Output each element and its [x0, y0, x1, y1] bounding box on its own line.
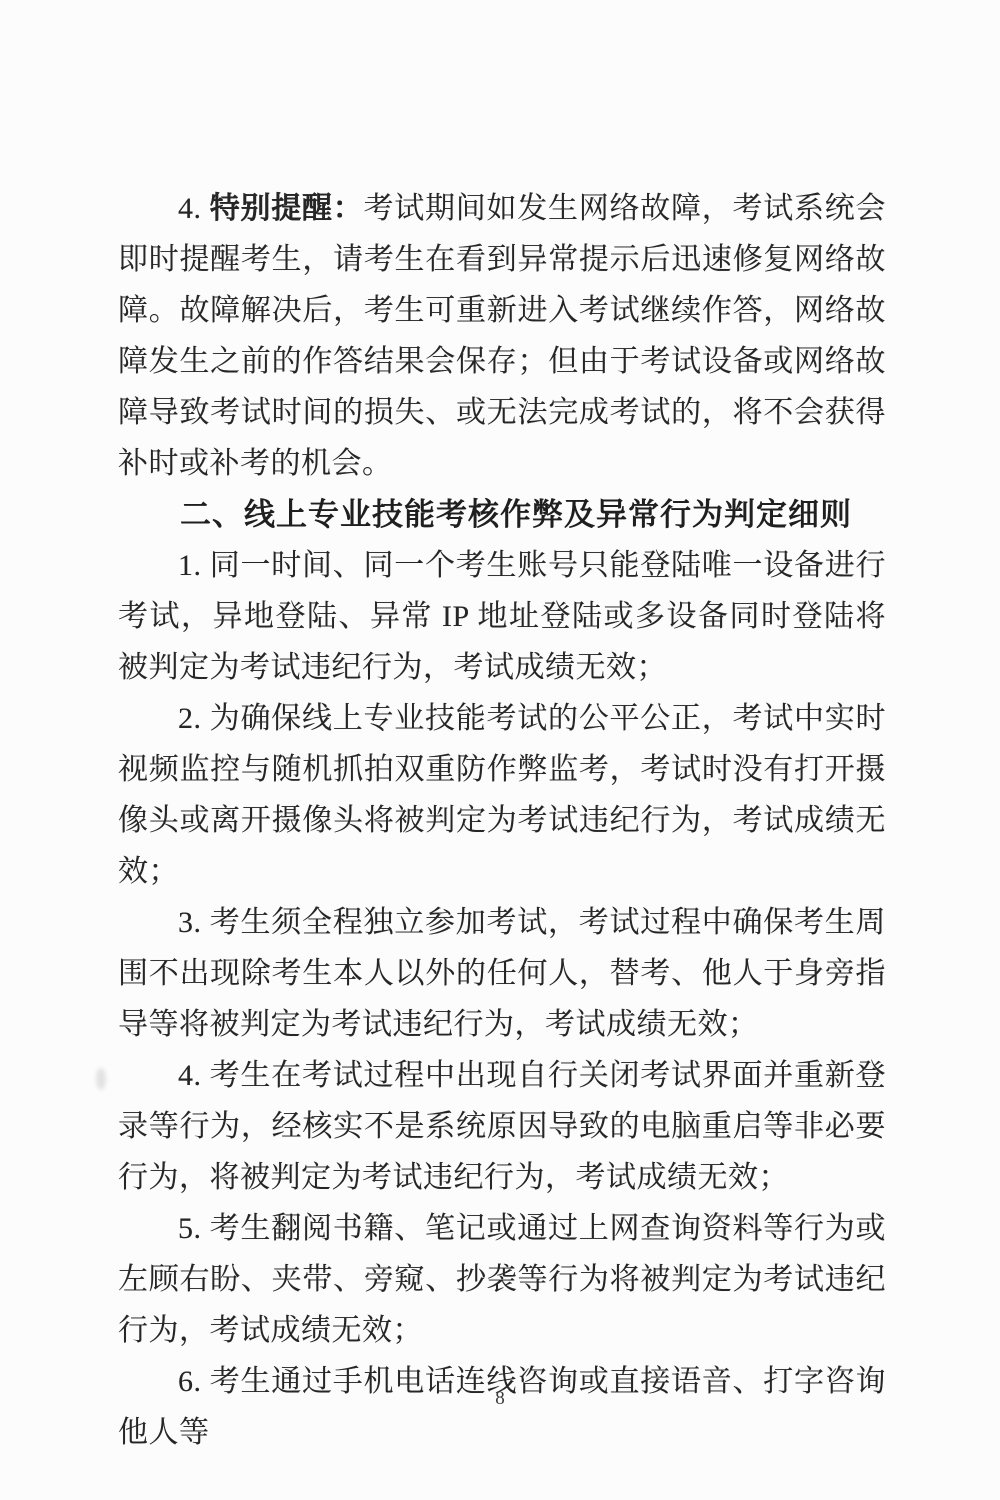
special-notice-text: 考试期间如发生网络故障，考试系统会即时提醒考生，请考生在看到异常提示后迅速修复网… [118, 192, 886, 480]
rule-item-5: 5. 考生翻阅书籍、笔记或通过上网查询资料等行为或左顾右盼、夹带、旁窥、抄袭等行… [118, 1203, 886, 1356]
rule-item-2: 2. 为确保线上专业技能考试的公平公正，考试中实时视频监控与随机抓拍双重防作弊监… [118, 693, 886, 897]
rule-item-3: 3. 考生须全程独立参加考试，考试过程中确保考生周围不出现除考生本人以外的任何人… [118, 897, 886, 1050]
page-number: 8 [0, 1388, 1000, 1410]
rule-item-1: 1. 同一时间、同一个考生账号只能登陆唯一设备进行考试，异地登陆、异常 IP 地… [118, 540, 886, 693]
special-notice-label: 特别提醒： [210, 192, 364, 225]
rule-item-4: 4. 考生在考试过程中出现自行关闭考试界面并重新登录等行为，经核实不是系统原因导… [118, 1050, 886, 1203]
scan-smudge-artifact [96, 1068, 106, 1090]
section-heading: 二、线上专业技能考核作弊及异常行为判定细则 [118, 489, 886, 540]
paragraph-special-notice: 4. 特别提醒：考试期间如发生网络故障，考试系统会即时提醒考生，请考生在看到异常… [118, 183, 886, 489]
document-page: 4. 特别提醒：考试期间如发生网络故障，考试系统会即时提醒考生，请考生在看到异常… [0, 0, 1000, 1500]
document-body: 4. 特别提醒：考试期间如发生网络故障，考试系统会即时提醒考生，请考生在看到异常… [118, 183, 886, 1458]
paragraph-number: 4. [178, 192, 210, 225]
